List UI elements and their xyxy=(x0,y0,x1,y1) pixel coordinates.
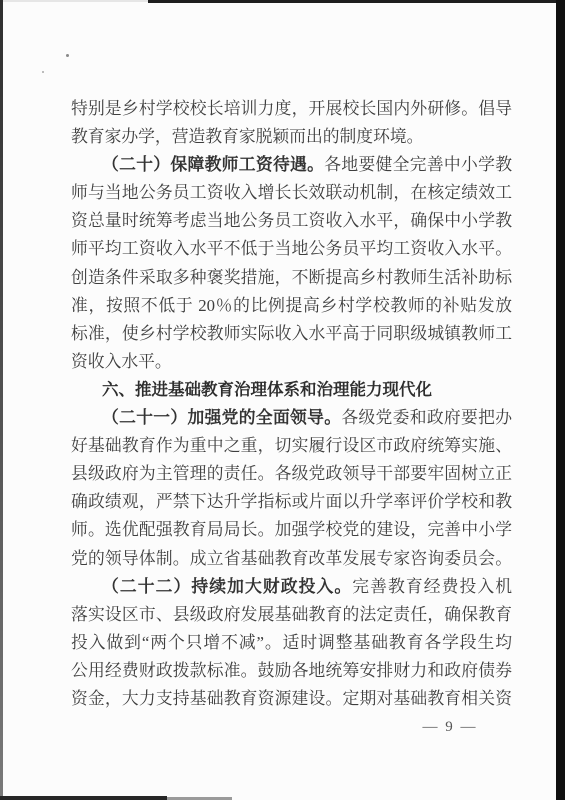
paragraph-lead-bold: （二十二）持续加大财政投入。 xyxy=(102,577,352,596)
scanned-document-page: 特别是乡村学校校长培训力度，开展校长国内外研修。倡导 教育家办学，营造教育家脱颖… xyxy=(0,0,565,800)
text-line: 党的领导体制。成立省基础教育改革发展专家咨询委员会。 xyxy=(71,545,512,573)
text-line: 确政绩观，严禁下达升学指标或片面以升学率评价学校和教 xyxy=(71,488,512,516)
text-line: 师平均工资收入水平不低于当地公务员平均工资收入水平。 xyxy=(71,235,512,263)
text-line: 公用经费财政拨款标准。鼓励各地统筹安排财力和政府债券 xyxy=(71,657,512,685)
text-line-paragraph-start: （二十一）加强党的全面领导。各级党委和政府要把办 xyxy=(71,404,512,432)
document-text-block: 特别是乡村学校校长培训力度，开展校长国内外研修。倡导 教育家办学，营造教育家脱颖… xyxy=(71,95,512,713)
text-line: 资总量时统筹考虑当地公务员工资收入水平，确保中小学教 xyxy=(71,207,512,235)
text-line: 好基础教育作为重中之重，切实履行设区市政府统筹实施、 xyxy=(71,432,512,460)
scan-speck xyxy=(42,71,44,73)
scan-speck xyxy=(66,54,69,57)
page-number: — 9 — xyxy=(408,716,492,738)
text-line: 师。选优配强教育局局长。加强学校党的建设，完善中小学 xyxy=(71,516,512,544)
text-line: 教育家办学，营造教育家脱颖而出的制度环境。 xyxy=(71,123,512,151)
text-line-paragraph-start: （二十二）持续加大财政投入。完善教育经费投入机制， xyxy=(71,573,512,601)
text-line: 创造条件采取多种褒奖措施，不断提高乡村教师生活补助标 xyxy=(71,264,512,292)
scan-edge-artifact-right xyxy=(556,0,565,800)
text-line: 师与当地公务员工资收入增长长效联动机制，在核定绩效工 xyxy=(71,179,512,207)
text-line: 标准，使乡村学校教师实际收入水平高于同职级城镇教师工 xyxy=(71,320,512,348)
scan-edge-artifact-left xyxy=(0,0,3,800)
scan-edge-artifact-top-faint xyxy=(0,0,150,2)
section-heading: 六、推进基础教育治理体系和治理能力现代化 xyxy=(71,376,512,404)
paragraph-lead-bold: （二十）保障教师工资待遇。 xyxy=(102,155,324,174)
scan-edge-artifact-bottom xyxy=(0,796,167,800)
text-line: 资金，大力支持基础教育资源建设。定期对基础教育相关资 xyxy=(71,685,512,713)
text-line: 特别是乡村学校校长培训力度，开展校长国内外研修。倡导 xyxy=(71,95,512,123)
paragraph-lead-bold: （二十一）加强党的全面领导。 xyxy=(102,408,341,427)
text-line: 县级政府为主管理的责任。各级党政领导干部要牢固树立正 xyxy=(71,460,512,488)
scan-edge-artifact-top xyxy=(148,0,565,3)
text-line: 落实设区市、县级政府发展基础教育的法定责任，确保教育 xyxy=(71,601,512,629)
text-line-paragraph-start: （二十）保障教师工资待遇。各地要健全完善中小学教 xyxy=(71,151,512,179)
text-line: 准，按照不低于 20％的比例提高乡村学校教师的补贴发放 xyxy=(71,292,512,320)
text-line: 投入做到“两个只增不减”。适时调整基础教育各学段生均 xyxy=(71,629,512,657)
text-line: 资收入水平。 xyxy=(71,348,512,376)
